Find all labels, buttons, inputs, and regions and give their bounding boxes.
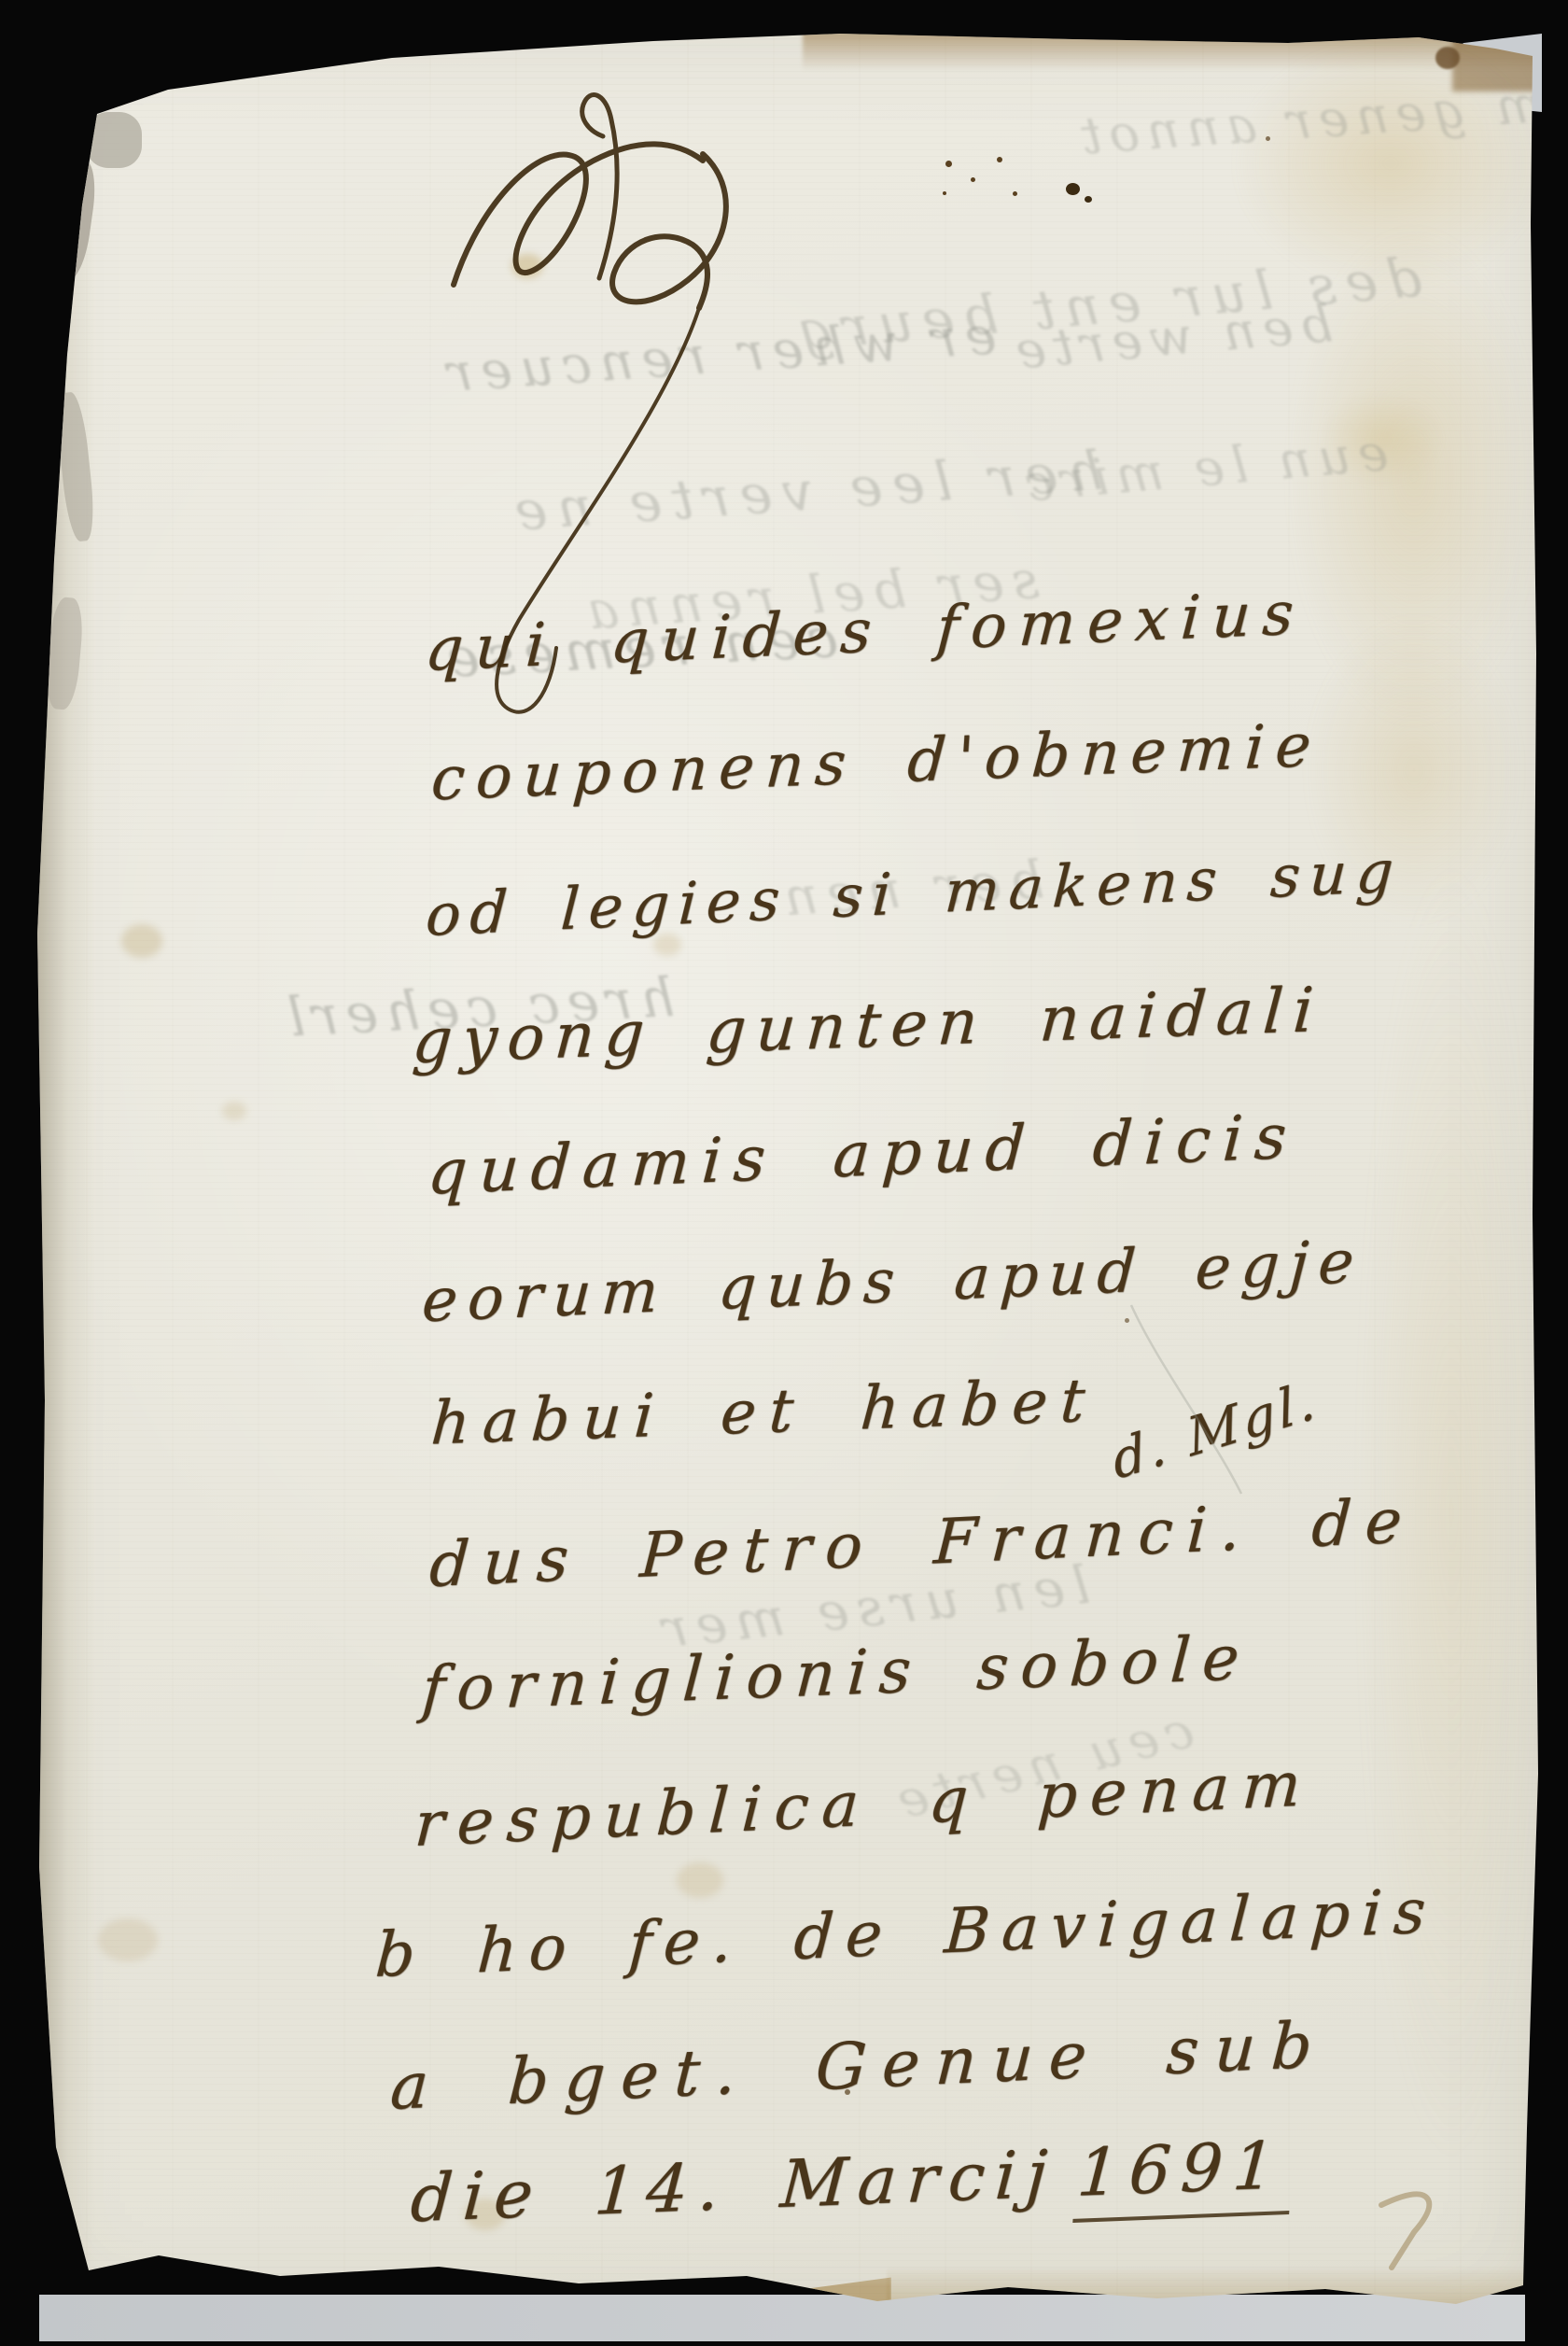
ink-blot [1085,196,1092,203]
manuscript-line-9: forniglionis sobole [420,1622,1253,1725]
manuscript-line-11: b ho fe. de Bavigalapis [373,1875,1440,1991]
bleedthrough-text: eun le mirc [1015,423,1391,513]
corner-fray [86,112,142,168]
stain [1288,224,1540,728]
ink-blot [1066,183,1080,195]
bleedthrough-text: um gener annot [1071,72,1568,166]
manuscript-line-7: habui et habet [429,1366,1100,1458]
edge-fray [46,157,100,282]
manuscript-line-10: respublica q penam [413,1748,1316,1861]
ink-speck [943,191,946,195]
stain [1232,37,1549,289]
fox-spot [222,1102,246,1120]
date-year-underlined: 1691 [1072,2127,1295,2223]
manuscript-line-2: couponens d'obnemie [429,711,1324,815]
browned-top-edge [803,32,1540,71]
ink-speck [1266,136,1270,141]
manuscript-line-6: eorum qubs apud egje [420,1228,1366,1337]
marginal-note: d. Mgl. [1109,1370,1323,1493]
manuscript-line-5: qudamis apud dicis [426,1100,1301,1208]
corner-mark-text: 7 [1389,2211,1421,2269]
manuscript-scan: um gener annot des lur ent beurg er wher… [0,0,1568,2346]
bleedthrough-text: ben werte [1006,294,1335,381]
ink-speck [1125,1318,1129,1323]
date-line: die 14. Marcij1691 [409,2127,1295,2238]
ink-speck [997,157,1002,162]
bleedthrough-text: des lur ent beurg [787,246,1423,364]
manuscript-line-12: a bget. Genue sub [388,2008,1330,2125]
top-edge-dark-spot [1435,47,1460,69]
manuscript-paper-sheet: um gener annot des lur ent beurg er wher… [0,0,1568,2346]
fox-spot [121,924,162,958]
stain [1321,392,1442,485]
ink-speck [971,177,975,182]
bleedthrough-text: her lee verte ne [502,439,1104,544]
fox-spot [511,254,543,278]
date-prefix: die 14. Marcij [409,2135,1060,2237]
manuscript-line-3: od legies si makens sug [424,836,1405,949]
manuscript-line-8: dus Petro Franci. de [427,1484,1418,1601]
fox-spot [98,1918,158,1961]
manuscript-line-4: gyong gunten naidali [411,974,1326,1077]
fox-spot [677,1862,723,1898]
ink-speck [945,161,952,167]
bleedthrough-text: er wher rencuer [437,305,998,405]
edge-fray [54,391,98,542]
ink-speck [1013,191,1017,196]
manuscript-line-1: qui quides fomexius [423,579,1308,685]
edge-fray [44,597,85,711]
scanner-bed-strip-bottom [39,2295,1525,2341]
